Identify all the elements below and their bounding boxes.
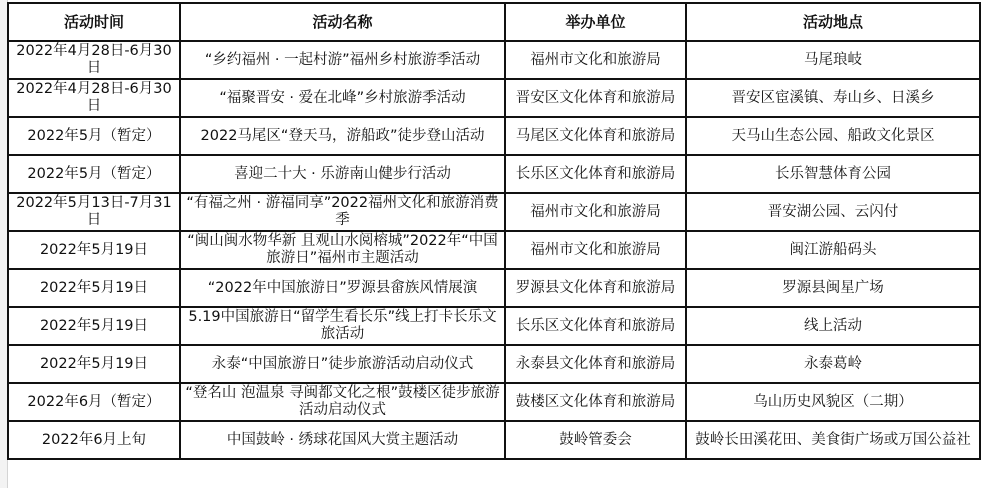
cell-location[interactable]: 线上活动 bbox=[686, 307, 980, 345]
header-activity-location[interactable]: 活动地点 bbox=[686, 3, 980, 41]
header-organizer[interactable]: 举办单位 bbox=[505, 3, 686, 41]
header-activity-time[interactable]: 活动时间 bbox=[8, 3, 180, 41]
cell-organizer[interactable]: 晋安区文化体育和旅游局 bbox=[505, 79, 686, 117]
cell-date[interactable]: 2022年6月上旬 bbox=[8, 421, 180, 459]
header-row: 活动时间 活动名称 举办单位 活动地点 bbox=[8, 3, 980, 41]
cell-location[interactable]: 长乐智慧体育公园 bbox=[686, 155, 980, 193]
cell-date[interactable]: 2022年4月28日-6月30日 bbox=[8, 79, 180, 117]
cell-date[interactable]: 2022年5月（暂定） bbox=[8, 155, 180, 193]
cell-name[interactable]: “乡约福州 · 一起村游”福州乡村旅游季活动 bbox=[180, 41, 505, 79]
cell-name[interactable]: 5.19中国旅游日“留学生看长乐”线上打卡长乐文旅活动 bbox=[180, 307, 505, 345]
cell-organizer[interactable]: 福州市文化和旅游局 bbox=[505, 231, 686, 269]
cell-location[interactable]: 罗源县闽星广场 bbox=[686, 269, 980, 307]
table-row: 2022年4月28日-6月30日 “乡约福州 · 一起村游”福州乡村旅游季活动 … bbox=[8, 41, 980, 79]
cell-name[interactable]: “2022年中国旅游日”罗源县畲族风情展演 bbox=[180, 269, 505, 307]
cell-organizer[interactable]: 鼓楼区文化体育和旅游局 bbox=[505, 383, 686, 421]
header-activity-name[interactable]: 活动名称 bbox=[180, 3, 505, 41]
cell-organizer[interactable]: 福州市文化和旅游局 bbox=[505, 41, 686, 79]
cell-date[interactable]: 2022年5月19日 bbox=[8, 269, 180, 307]
cell-organizer[interactable]: 永泰县文化体育和旅游局 bbox=[505, 345, 686, 383]
cell-location[interactable]: 闽江游船码头 bbox=[686, 231, 980, 269]
cell-date[interactable]: 2022年6月（暂定） bbox=[8, 383, 180, 421]
cell-name[interactable]: “福聚晋安 · 爱在北峰”乡村旅游季活动 bbox=[180, 79, 505, 117]
table-row: 2022年5月（暂定） 喜迎二十大 · 乐游南山健步行活动 长乐区文化体育和旅游… bbox=[8, 155, 980, 193]
activity-schedule-table: 活动时间 活动名称 举办单位 活动地点 2022年4月28日-6月30日 “乡约… bbox=[7, 2, 981, 460]
table-row: 2022年6月（暂定） “登名山 泡温泉 寻闽都文化之根”鼓楼区徒步旅游活动启动… bbox=[8, 383, 980, 421]
cell-date[interactable]: 2022年5月19日 bbox=[8, 231, 180, 269]
table-row: 2022年5月19日 “闽山闽水物华新 且观山水阅榕城”2022年“中国旅游日”… bbox=[8, 231, 980, 269]
cell-name[interactable]: 喜迎二十大 · 乐游南山健步行活动 bbox=[180, 155, 505, 193]
cell-date[interactable]: 2022年5月19日 bbox=[8, 345, 180, 383]
cell-organizer[interactable]: 罗源县文化体育和旅游局 bbox=[505, 269, 686, 307]
table-row: 2022年5月19日 5.19中国旅游日“留学生看长乐”线上打卡长乐文旅活动 长… bbox=[8, 307, 980, 345]
table-row: 2022年4月28日-6月30日 “福聚晋安 · 爱在北峰”乡村旅游季活动 晋安… bbox=[8, 79, 980, 117]
cell-organizer[interactable]: 马尾区文化体育和旅游局 bbox=[505, 117, 686, 155]
cell-date[interactable]: 2022年5月（暂定） bbox=[8, 117, 180, 155]
cell-location[interactable]: 晋安区宦溪镇、寿山乡、日溪乡 bbox=[686, 79, 980, 117]
table-row: 2022年5月（暂定） 2022马尾区“登天马，游船政”徒步登山活动 马尾区文化… bbox=[8, 117, 980, 155]
cell-location[interactable]: 永泰葛岭 bbox=[686, 345, 980, 383]
cell-name[interactable]: 中国鼓岭 · 绣球花国风大赏主题活动 bbox=[180, 421, 505, 459]
table-row: 2022年5月19日 永泰“中国旅游日”徒步旅游活动启动仪式 永泰县文化体育和旅… bbox=[8, 345, 980, 383]
cell-location[interactable]: 天马山生态公园、船政文化景区 bbox=[686, 117, 980, 155]
cell-location[interactable]: 乌山历史风貌区（二期） bbox=[686, 383, 980, 421]
cell-location[interactable]: 马尾琅岐 bbox=[686, 41, 980, 79]
cell-date[interactable]: 2022年5月13日-7月31日 bbox=[8, 193, 180, 231]
cell-date[interactable]: 2022年4月28日-6月30日 bbox=[8, 41, 180, 79]
cell-organizer[interactable]: 长乐区文化体育和旅游局 bbox=[505, 307, 686, 345]
table-row: 2022年5月19日 “2022年中国旅游日”罗源县畲族风情展演 罗源县文化体育… bbox=[8, 269, 980, 307]
cell-name[interactable]: 永泰“中国旅游日”徒步旅游活动启动仪式 bbox=[180, 345, 505, 383]
cell-name[interactable]: 2022马尾区“登天马，游船政”徒步登山活动 bbox=[180, 117, 505, 155]
table-row: 2022年5月13日-7月31日 “有福之州 · 游福同享”2022福州文化和旅… bbox=[8, 193, 980, 231]
cell-organizer[interactable]: 长乐区文化体育和旅游局 bbox=[505, 155, 686, 193]
cell-location[interactable]: 鼓岭长田溪花田、美食街广场或万国公益社 bbox=[686, 421, 980, 459]
cell-location[interactable]: 晋安湖公园、云闪付 bbox=[686, 193, 980, 231]
cell-name[interactable]: “登名山 泡温泉 寻闽都文化之根”鼓楼区徒步旅游活动启动仪式 bbox=[180, 383, 505, 421]
cell-organizer[interactable]: 福州市文化和旅游局 bbox=[505, 193, 686, 231]
table-row: 2022年6月上旬 中国鼓岭 · 绣球花国风大赏主题活动 鼓岭管委会 鼓岭长田溪… bbox=[8, 421, 980, 459]
cell-name[interactable]: “有福之州 · 游福同享”2022福州文化和旅游消费季 bbox=[180, 193, 505, 231]
cell-date[interactable]: 2022年5月19日 bbox=[8, 307, 180, 345]
cell-name[interactable]: “闽山闽水物华新 且观山水阅榕城”2022年“中国旅游日”福州市主题活动 bbox=[180, 231, 505, 269]
cell-organizer[interactable]: 鼓岭管委会 bbox=[505, 421, 686, 459]
